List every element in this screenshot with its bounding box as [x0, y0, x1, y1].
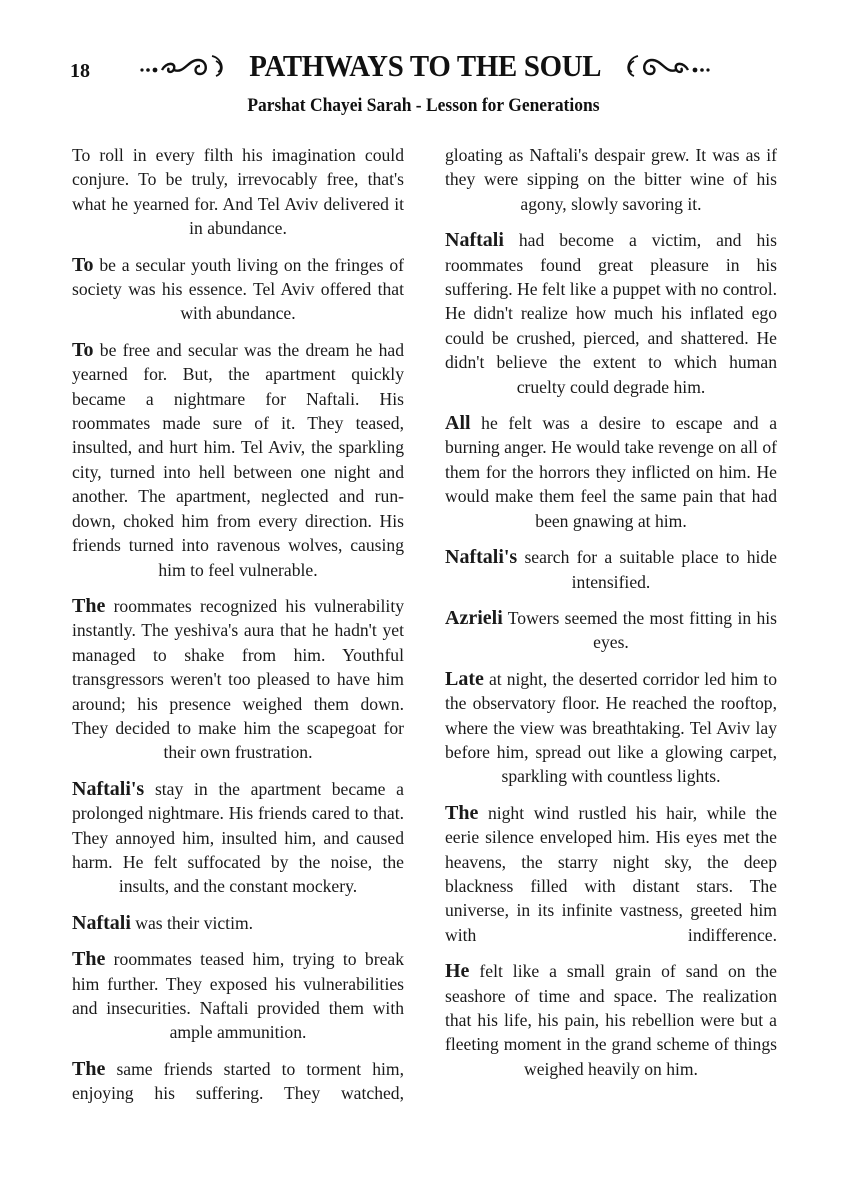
- paragraph-text: at night, the deserted corridor led him …: [445, 669, 777, 787]
- header-title: PATHWAYS TO THE SOUL: [249, 48, 601, 84]
- lead-word: Naftali's: [445, 546, 517, 568]
- lead-word: All: [445, 412, 471, 434]
- subtitle-text: Parshat Chayei Sarah - Lesson for Genera…: [247, 95, 599, 117]
- paragraph-text: had become a victim, and his roommates f…: [445, 230, 777, 396]
- paragraph-text: To roll in every filth his imagination c…: [72, 145, 404, 238]
- chapter-subtitle: Parshat Chayei Sarah - Lesson for Genera…: [0, 95, 846, 117]
- paragraph: Late at night, the deserted corridor led…: [445, 667, 777, 789]
- left-column: To roll in every filth his imagination c…: [72, 143, 404, 1118]
- lead-word: The: [72, 1058, 105, 1080]
- lead-word: The: [72, 595, 105, 617]
- paragraph-text: search for a suitable place to hide inte…: [517, 547, 777, 591]
- lead-word: Naftali: [72, 912, 131, 934]
- paragraph: gloating as Naftali's despair grew. It w…: [445, 143, 777, 216]
- lead-word: The: [72, 948, 105, 970]
- page-number: 18: [70, 60, 90, 83]
- paragraph: Naftali was their victim.: [72, 911, 404, 935]
- paragraph: The roommates teased him, trying to brea…: [72, 947, 404, 1045]
- running-header: PATHWAYS TO THE SOUL: [130, 48, 720, 84]
- paragraph-text: night wind rustled his hair, while the e…: [445, 803, 777, 945]
- paragraph-text: Towers seemed the most fitting in his ey…: [503, 608, 777, 652]
- lead-word: To: [72, 254, 94, 276]
- paragraph: Naftali's search for a suitable place to…: [445, 545, 777, 594]
- lead-word: Naftali: [445, 229, 504, 251]
- paragraph: To roll in every filth his imagination c…: [72, 143, 404, 241]
- paragraph-text: was their victim.: [131, 913, 253, 933]
- paragraph: To be a secular youth living on the frin…: [72, 253, 404, 326]
- lead-word: Late: [445, 668, 484, 690]
- paragraph-text: felt like a small grain of sand on the s…: [445, 961, 777, 1079]
- paragraph-text: be free and secular was the dream he had…: [72, 340, 404, 580]
- paragraph: Azrieli Towers seemed the most fitting i…: [445, 606, 777, 655]
- paragraph: The night wind rustled his hair, while t…: [445, 801, 777, 947]
- paragraph-text: he felt was a desire to escape and a bur…: [445, 413, 777, 531]
- paragraph-text: gloating as Naftali's despair grew. It w…: [445, 145, 777, 214]
- paragraph: To be free and secular was the dream he …: [72, 338, 404, 582]
- lead-word: Azrieli: [445, 607, 503, 629]
- paragraph-text: same friends started to torment him, enj…: [72, 1059, 404, 1103]
- flourish-right-icon: [618, 52, 714, 80]
- lead-word: Naftali's: [72, 778, 144, 800]
- paragraph: He felt like a small grain of sand on th…: [445, 959, 777, 1081]
- lead-word: To: [72, 339, 94, 361]
- lead-word: He: [445, 960, 469, 982]
- flourish-left-icon: [136, 52, 232, 80]
- paragraph: All he felt was a desire to escape and a…: [445, 411, 777, 533]
- paragraph-text: roommates teased him, trying to break hi…: [72, 949, 404, 1042]
- paragraph: The roommates recognized his vulnerabili…: [72, 594, 404, 765]
- lead-word: The: [445, 802, 478, 824]
- paragraph: Naftali's stay in the apartment became a…: [72, 777, 404, 899]
- paragraph-text: roommates recognized his vulnerability i…: [72, 596, 404, 762]
- paragraph: Naftali had become a victim, and his roo…: [445, 228, 777, 399]
- paragraph-text: be a secular youth living on the fringes…: [72, 255, 404, 324]
- right-column: gloating as Naftali's despair grew. It w…: [445, 143, 777, 1093]
- paragraph: The same friends started to torment him,…: [72, 1057, 404, 1106]
